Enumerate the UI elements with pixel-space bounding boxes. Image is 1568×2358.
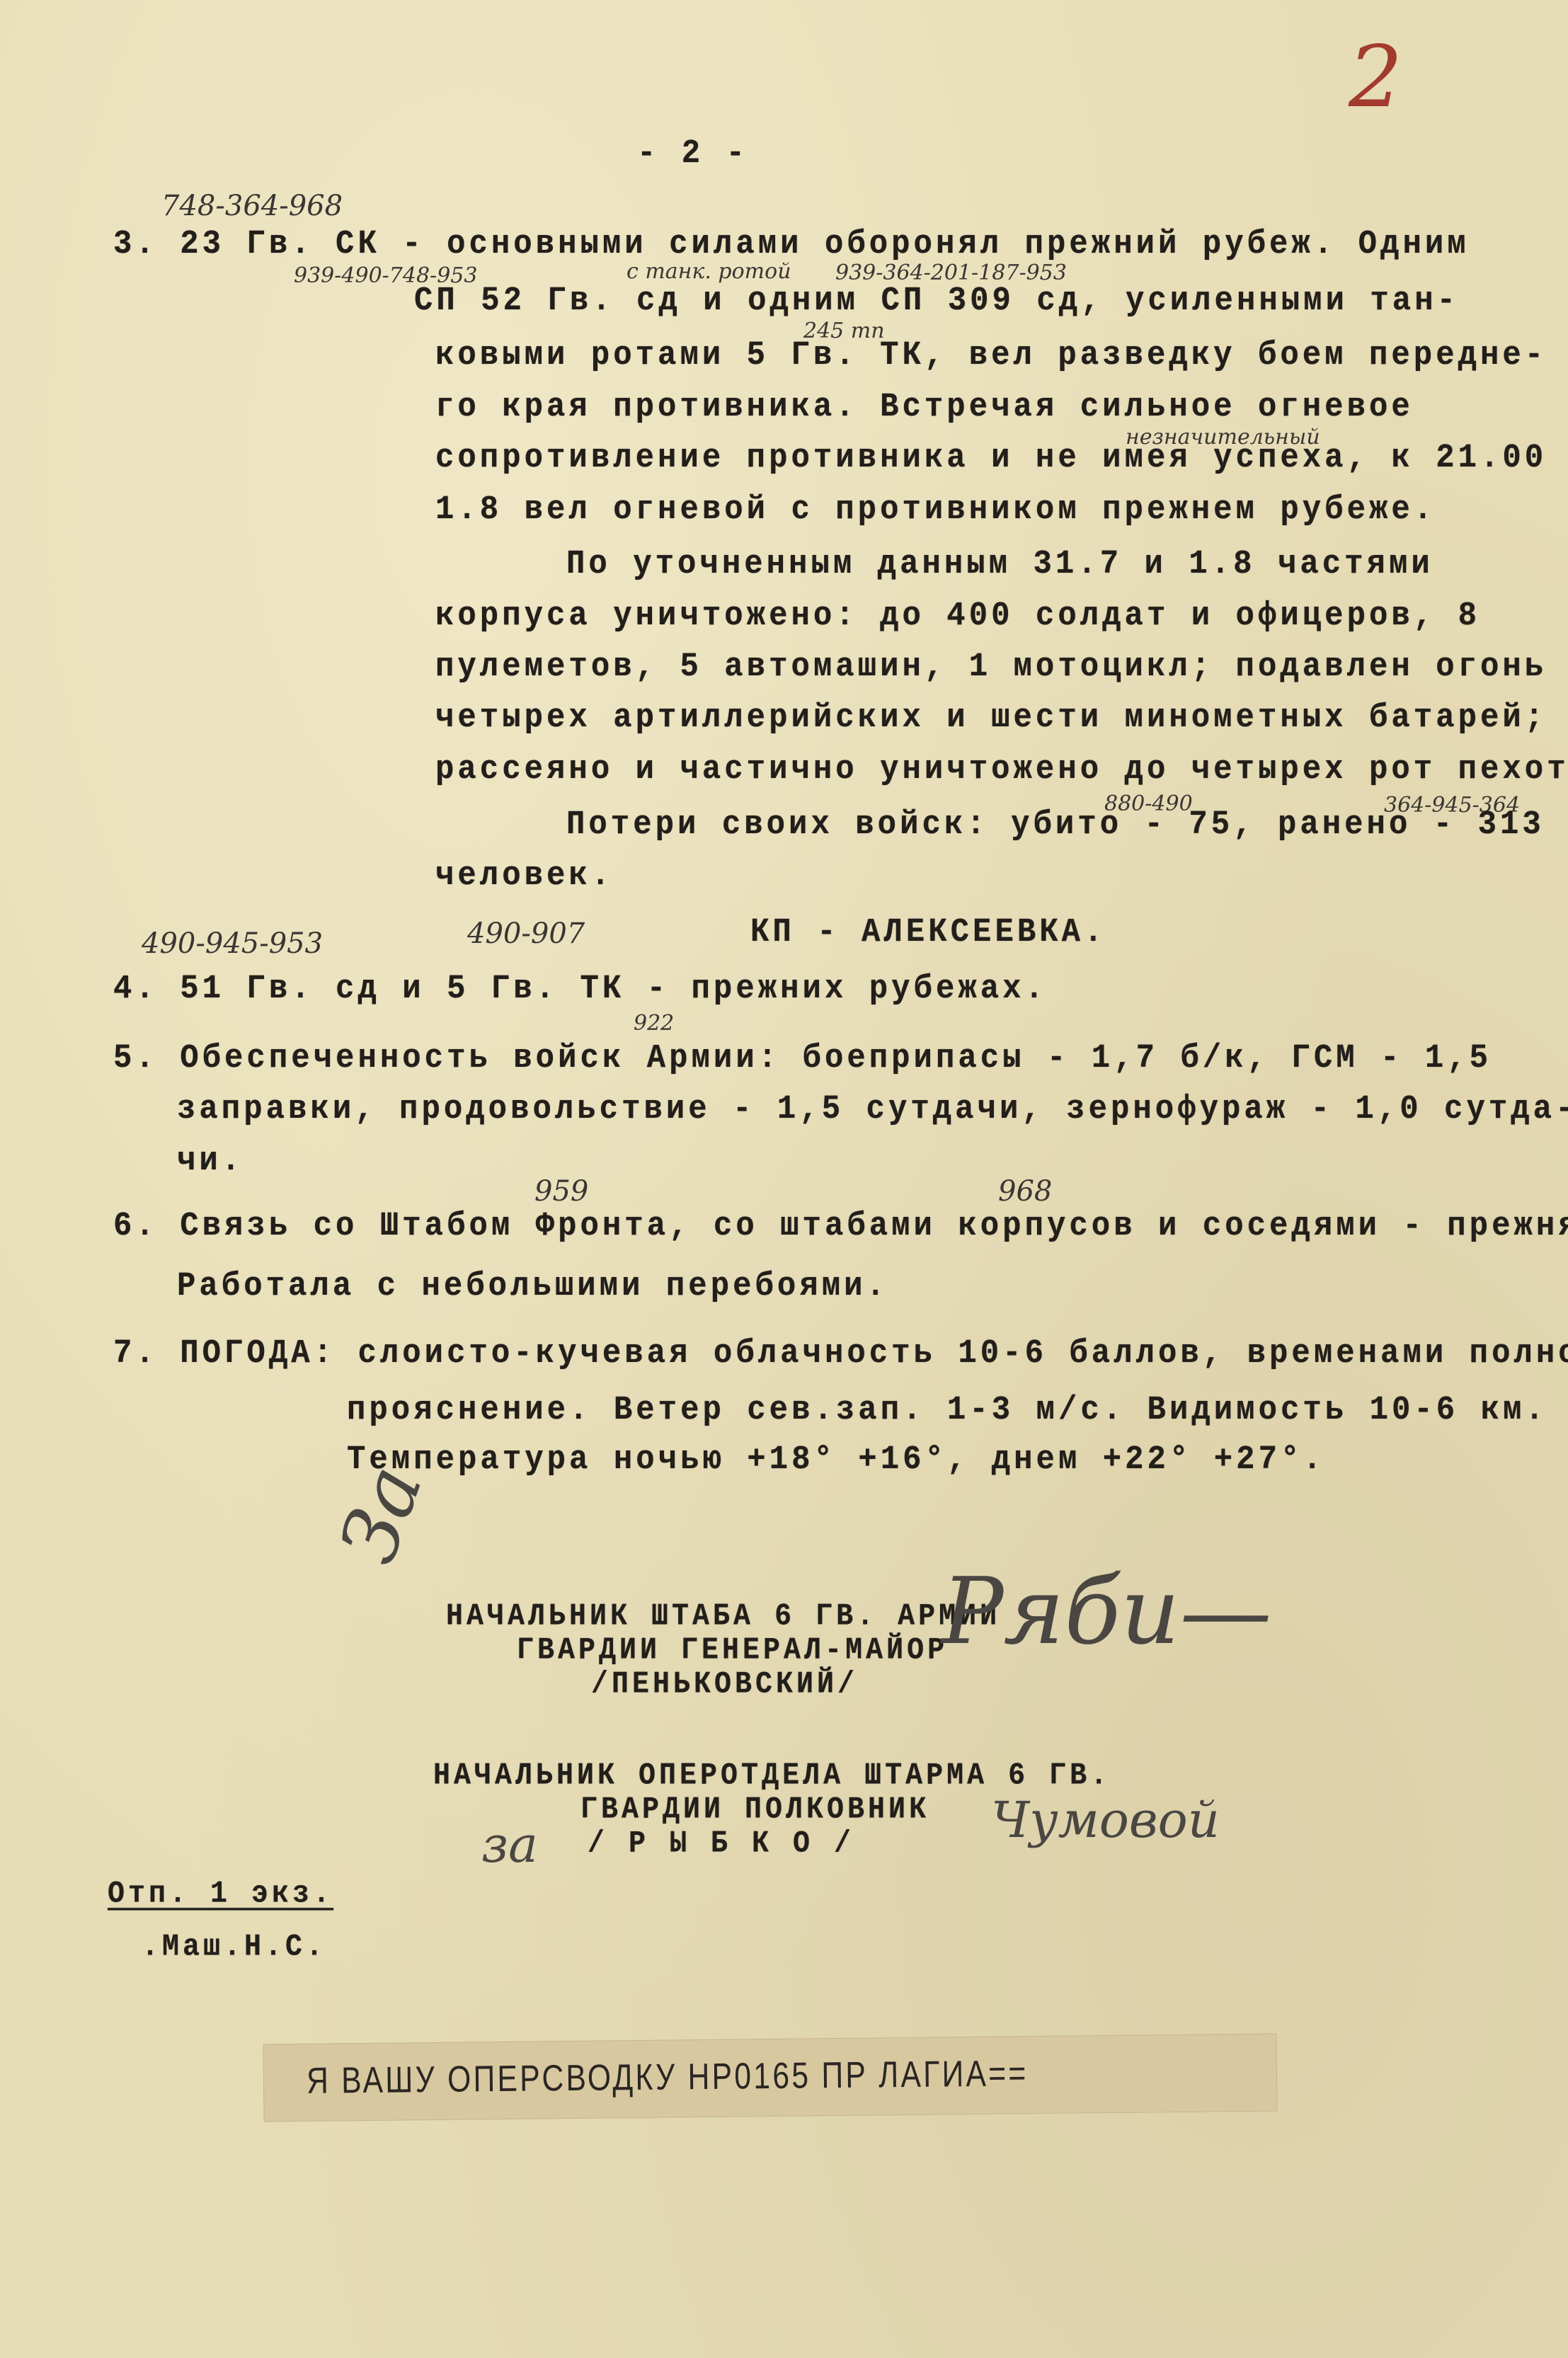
losses-line: Потери своих войск: убито - 75, ранено -… <box>566 806 1545 844</box>
weather-line: 7. ПОГОДА: слоисто-кучевая облачность 10… <box>113 1334 1568 1373</box>
item-3-paragraph-line: корпуса уничтожено: до 400 солдат и офиц… <box>435 597 1480 635</box>
losses-line: человек. <box>435 857 613 895</box>
handwritten-signature: Ряби— <box>942 1557 1272 1665</box>
handwritten-annotation: 968 <box>998 1175 1052 1208</box>
signature-rank-line: ГВАРДИИ ПОЛКОВНИК <box>580 1793 929 1828</box>
page-number: - 2 - <box>637 135 748 173</box>
handwritten-signature: Чумовой <box>991 1791 1220 1849</box>
signature-rank-line: ГВАРДИИ ГЕНЕРАЛ-МАЙОР <box>517 1634 948 1669</box>
item-3-paragraph-line: рассеяно и частично уничтожено до четыре… <box>435 750 1568 789</box>
item-3-line: го края противника. Встречая сильное огн… <box>435 388 1414 426</box>
item-3-paragraph-line: пулеметов, 5 автомашин, 1 мотоцикл; пода… <box>435 648 1547 686</box>
handwritten-for-mark: за <box>481 1816 538 1874</box>
item-3-line: ковыми ротами 5 Гв. ТК, вел разведку бое… <box>435 336 1547 374</box>
handwritten-annotation: 748-364-968 <box>161 190 343 222</box>
handwritten-annotation: 490-907 <box>467 917 585 950</box>
handwritten-annotation: 490-945-953 <box>142 927 323 960</box>
item-3-line: 3. 23 Гв. СК - основными силами оборонял… <box>113 225 1470 263</box>
command-post-line: КП - АЛЕКСЕЕВКА. <box>750 913 1106 951</box>
item-4-line: 4. 51 Гв. сд и 5 Гв. ТК - прежних рубежа… <box>113 970 1047 1008</box>
item-3-line: СП 52 Гв. сд и одним СП 309 сд, усиленны… <box>414 282 1459 320</box>
item-6-line: 6. Связь со Штабом Фронта, со штабами ко… <box>113 1207 1568 1245</box>
signature-title-line: НАЧАЛЬНИК ШТАБА 6 ГВ. АРМИИ <box>446 1600 1000 1635</box>
item-6-line: Работала с небольшими перебоями. <box>177 1267 888 1305</box>
signature-name-line: / Р Ы Б К О / <box>588 1827 854 1862</box>
signature-name-line: /ПЕНЬКОВСКИЙ/ <box>591 1668 858 1702</box>
folio-number: 2 <box>1349 28 1402 127</box>
copies-note: Отп. 1 экз. <box>108 1877 333 1912</box>
telegraph-tape-strip: Я ВАШУ ОПЕРСВОДКУ НР0165 ПР ЛАГИА== <box>263 2034 1277 2122</box>
typist-note: .Маш.Н.С. <box>142 1930 326 1965</box>
weather-line: прояснение. Ветер сев.зап. 1-3 м/с. Види… <box>347 1391 1547 1429</box>
weather-line: Температура ночью +18° +16°, днем +22° +… <box>347 1441 1325 1479</box>
handwritten-annotation: 959 <box>534 1175 588 1208</box>
handwritten-annotation: с танк. ротой <box>626 259 791 284</box>
item-5-line: 5. Обеспеченность войск Армии: боеприпас… <box>113 1039 1492 1077</box>
handwritten-annotation: 922 <box>634 1011 674 1036</box>
item-3-line: сопротивление противника и не имея успех… <box>435 439 1547 477</box>
item-5-line: чи. <box>177 1142 244 1180</box>
item-5-line: заправки, продовольствие - 1,5 сутдачи, … <box>177 1090 1568 1128</box>
item-3-paragraph-line: четырех артиллерийских и шести минометны… <box>435 699 1547 737</box>
item-3-line: 1.8 вел огневой с противником прежнем ру… <box>435 491 1436 529</box>
telegraph-tape-text: Я ВАШУ ОПЕРСВОДКУ НР0165 ПР ЛАГИА== <box>307 2052 1029 2102</box>
item-3-paragraph-line: По уточненным данным 31.7 и 1.8 частями <box>566 545 1433 583</box>
signature-title-line: НАЧАЛЬНИК ОПЕРОТДЕЛА ШТАРМА 6 ГВ. <box>433 1759 1111 1794</box>
